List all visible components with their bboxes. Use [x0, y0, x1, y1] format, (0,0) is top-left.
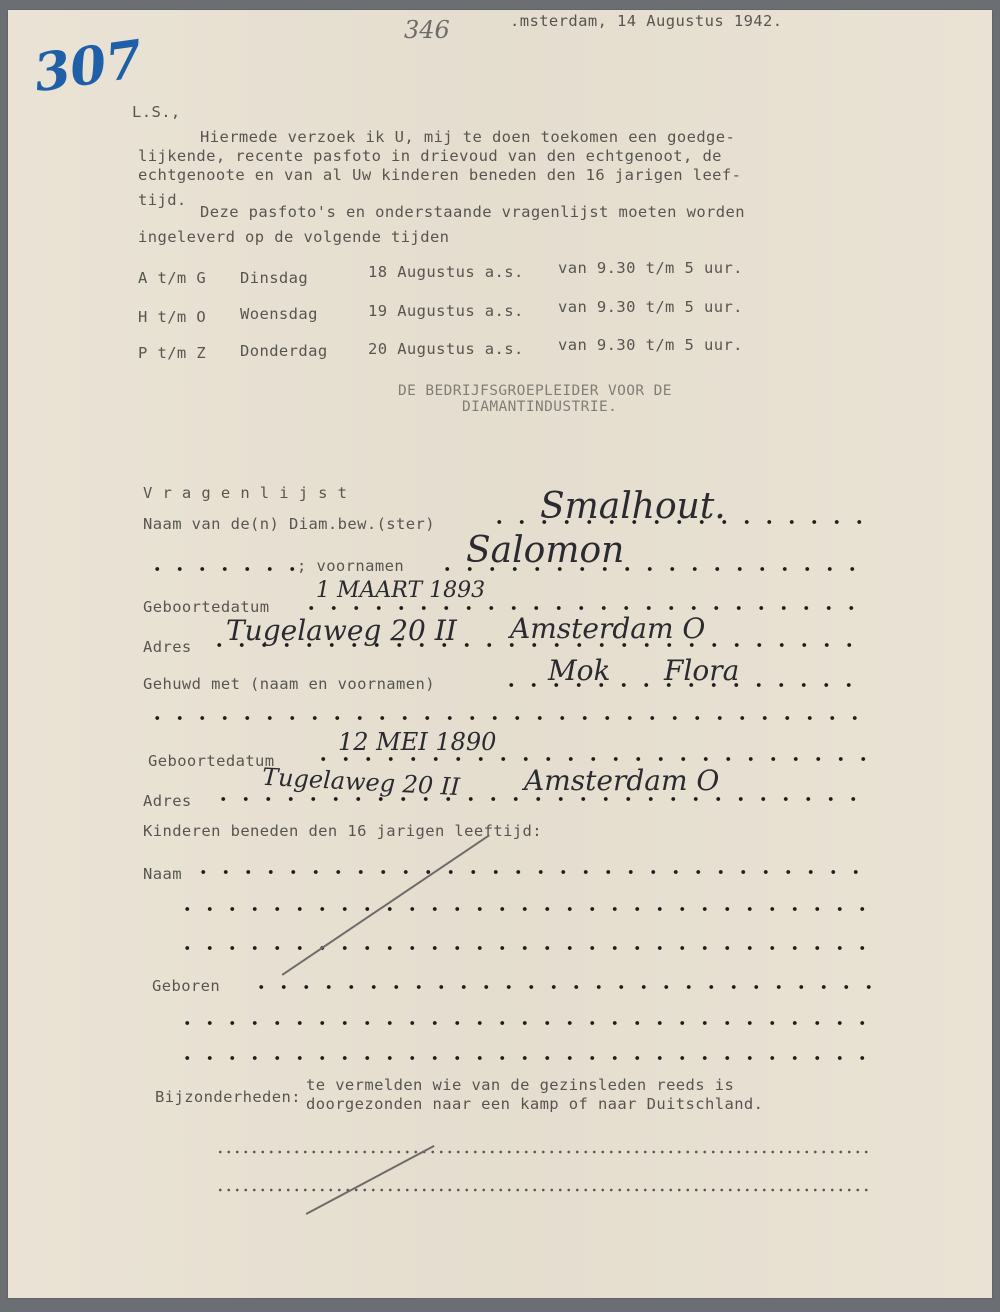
body-line-6: ingeleverd op de volgende tijden — [138, 228, 449, 246]
spouse-birthdate-dotted-line — [312, 756, 868, 762]
children-born-dotted-line-1 — [250, 984, 872, 990]
body-line-2: lijkende, recente pasfoto in drievoud va… — [138, 147, 722, 165]
schedule-day: Dinsdag — [240, 269, 308, 287]
pencil-page-number: 346 — [404, 16, 450, 44]
children-name-dotted-line-3 — [176, 945, 872, 951]
remarks-label: Bijzonderheden: — [155, 1088, 301, 1106]
signature-line-2: DIAMANTINDUSTRIE. — [462, 399, 617, 415]
address-city: Amsterdam O — [510, 612, 705, 645]
spouse-surname: Mok — [548, 654, 611, 687]
signature-line-1: DE BEDRIJFSGROEPLEIDER VOOR DE — [398, 383, 672, 399]
remarks-dotted-line-1 — [216, 1149, 868, 1155]
schedule-letters: A t/m G — [138, 269, 206, 287]
body-line-5: Deze pasfoto's en onderstaande vragenlij… — [200, 203, 745, 221]
children-born-label: Geboren — [152, 977, 220, 995]
schedule-date: 19 Augustus a.s. — [368, 302, 524, 320]
schedule-letters: H t/m O — [138, 308, 206, 326]
firstnames-label: ; voornamen — [297, 557, 404, 575]
schedule-time: van 9.30 t/m 5 uur. — [558, 336, 743, 354]
children-born-dotted-line-2 — [176, 1020, 872, 1026]
spouse-birthdate-label: Geboortedatum — [148, 752, 275, 770]
spouse-label: Gehuwd met (naam en voornamen) — [143, 675, 435, 693]
spouse-extra-dotted-line — [146, 715, 868, 721]
spouse-birthdate-value: 12 MEI 1890 — [338, 728, 496, 756]
address-street: Tugelaweg 20 II — [226, 614, 457, 647]
name-label: Naam van de(n) Diam.bew.(ster) — [143, 515, 435, 533]
body-line-4: tijd. — [138, 191, 187, 209]
children-name-dotted-line-2 — [176, 906, 872, 912]
questionnaire-title: V r a g e n l i j s t — [143, 484, 347, 502]
spouse-firstname: Flora — [664, 654, 739, 687]
schedule-date: 18 Augustus a.s. — [368, 263, 524, 281]
body-line-1: Hiermede verzoek ik U, mij te doen toeko… — [200, 128, 735, 146]
firstnames-leading-dots — [146, 566, 306, 572]
schedule-day: Woensdag — [240, 305, 318, 323]
remarks-text-2: doorgezonden naar een kamp of naar Duits… — [306, 1095, 763, 1113]
children-born-dotted-line-3 — [176, 1055, 872, 1061]
salutation: L.S., — [132, 103, 181, 121]
schedule-date: 20 Augustus a.s. — [368, 340, 524, 358]
children-name-dotted-line-1 — [192, 869, 872, 875]
remarks-dotted-line-2 — [216, 1187, 868, 1193]
address-label: Adres — [143, 638, 192, 656]
name-value: Smalhout. — [540, 486, 726, 527]
spouse-address-label: Adres — [143, 792, 192, 810]
place-date: .msterdam, 14 Augustus 1942. — [510, 12, 783, 30]
schedule-day: Donderdag — [240, 342, 328, 360]
schedule-time: van 9.30 t/m 5 uur. — [558, 298, 743, 316]
schedule-letters: P t/m Z — [138, 344, 206, 362]
children-name-label: Naam — [143, 865, 182, 883]
schedule-time: van 9.30 t/m 5 uur. — [558, 259, 743, 277]
body-line-3: echtgenoote en van al Uw kinderen benede… — [138, 166, 741, 184]
remarks-text-1: te vermelden wie van de gezinsleden reed… — [306, 1076, 734, 1094]
birthdate-dotted-line — [300, 605, 868, 611]
birthdate-value: 1 MAART 1893 — [316, 578, 485, 603]
spouse-address-city: Amsterdam O — [524, 764, 719, 797]
firstnames-value: Salomon — [466, 530, 624, 571]
